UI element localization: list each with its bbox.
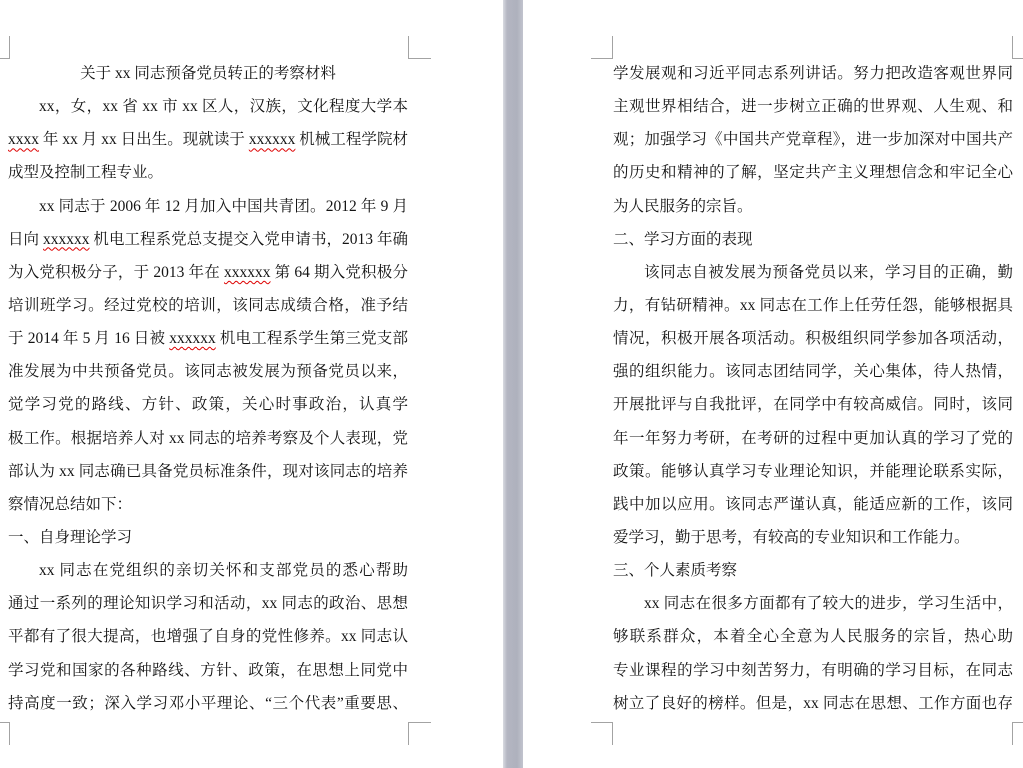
text-line: 于 2014 年 5 月 16 日被 xxxxxx 机电工程系学生第三党支部批 <box>8 322 408 355</box>
spellcheck-underline: xxxxxx <box>43 231 90 248</box>
crop-mark-page1-top-left <box>0 36 10 59</box>
text-line: 践中加以应用。该同志严谨认真，能适应新的工作，该同志热 <box>613 488 1013 521</box>
text-line: xx 同志在很多方面都有了较大的进步，学习生活中，能 <box>613 587 1013 620</box>
text-line: 三、个人素质考察 <box>613 554 1013 587</box>
text-line: 政策。能够认真学习专业理论知识，并能理论联系实际，在实 <box>613 455 1013 488</box>
text-line: 爱学习，勤于思考，有较高的专业知识和工作能力。 <box>613 521 1013 554</box>
spellcheck-underline: xxxxxx <box>224 264 271 281</box>
text-line: 培训班学习。经过党校的培训，该同志成绩合格，准予结业。 <box>8 289 408 322</box>
text-line: 够联系群众，本着全心全意为人民服务的宗旨，热心助人，在 <box>613 620 1013 653</box>
text-line: 年一年努力考研，在考研的过程中更加认真的学习了党的方针 <box>613 422 1013 455</box>
text-line: 学习党和国家的各种路线、方针、政策，在思想上同党中央保 <box>8 654 408 687</box>
text-line: 的历史和精神的了解，坚定共产主义理想信念和牢记全心全意 <box>613 156 1013 189</box>
text-line: 平都有了很大提高，也增强了自身的党性修养。xx 同志认真 <box>8 620 408 653</box>
crop-mark-page1-bottom-right <box>408 722 431 745</box>
text-line: 为入党积极分子，于 2013 年在 xxxxxx 第 64 期入党积极分子 <box>8 256 408 289</box>
spellcheck-underline: xxxx <box>8 131 39 148</box>
text-line: 持高度一致；深入学习邓小平理论、“三个代表”重要思、科 <box>8 687 408 720</box>
text-line: xxxx 年 xx 月 xx 日出生。现就读于 xxxxxx 机械工程学院材料 <box>8 123 408 156</box>
text-line: xx，女，xx 省 xx 市 xx 区人，汉族，文化程度大学本科， <box>8 90 408 123</box>
crop-mark-page2-bottom-right <box>1012 722 1023 745</box>
text-line: 日向 xxxxxx 机电工程系党总支提交入党申请书，2013 年确定 <box>8 223 408 256</box>
text-line: 准发展为中共预备党员。该同志被发展为预备党员以来，能自 <box>8 355 408 388</box>
text-line: 察情况总结如下： <box>8 488 408 521</box>
text-line: 力，有钻研精神。xx 同志在工作上任劳任怨，能够根据具体 <box>613 289 1013 322</box>
document-canvas: 关于 xx 同志预备党员转正的考察材料xx，女，xx 省 xx 市 xx 区人，… <box>0 0 1023 768</box>
crop-mark-page2-top-right <box>1012 36 1023 59</box>
text-line: 为人民服务的宗旨。 <box>613 190 1013 223</box>
text-line: 学发展观和习近平同志系列讲话。努力把改造客观世界同改造 <box>613 57 1013 90</box>
text-line: 开展批评与自我批评，在同学中有较高威信。同时，该同志去 <box>613 388 1013 421</box>
crop-mark-page1-top-right <box>408 36 431 59</box>
text-line: xx 同志于 2006 年 12 月加入中国共青团。2012 年 9 月 17 <box>8 190 408 223</box>
text-line: 主观世界相结合，进一步树立正确的世界观、人生观、和价值 <box>613 90 1013 123</box>
text-line: 一、自身理论学习 <box>8 521 408 554</box>
spellcheck-underline: xxxxxx <box>249 131 296 148</box>
text-line: 观；加强学习《中国共产党章程》，进一步加深对中国共产党 <box>613 123 1013 156</box>
crop-mark-page1-bottom-left <box>0 722 10 745</box>
page-gap <box>503 0 523 768</box>
text-line: 二、学习方面的表现 <box>613 223 1013 256</box>
page-2-text: 学发展观和习近平同志系列讲话。努力把改造客观世界同改造主观世界相结合，进一步树立… <box>613 57 1013 720</box>
text-line: xx 同志在党组织的亲切关怀和支部党员的悉心帮助下， <box>8 554 408 587</box>
text-line: 通过一系列的理论知识学习和活动，xx 同志的政治、思想水 <box>8 587 408 620</box>
spellcheck-underline: xxxxxx <box>169 330 216 347</box>
text-line: 觉学习党的路线、方针、政策，关心时事政治，认真学习、积 <box>8 388 408 421</box>
crop-mark-page2-bottom-left <box>591 722 613 745</box>
text-line: 树立了良好的榜样。但是，xx 同志在思想、工作方面也存在 <box>613 687 1013 720</box>
text-line: 专业课程的学习中刻苦努力，有明确的学习目标，在同志当中 <box>613 654 1013 687</box>
text-line: 强的组织能力。该同志团结同学，关心集体，待人热情，能够 <box>613 355 1013 388</box>
text-line: 情况，积极开展各项活动。积极组织同学参加各项活动，有较 <box>613 322 1013 355</box>
text-line: 部认为 xx 同志确已具备党员标准条件，现对该同志的培养考 <box>8 455 408 488</box>
crop-mark-page2-top-left <box>591 36 613 59</box>
text-line: 该同志自被发展为预备党员以来，学习目的正确，勤奋努 <box>613 256 1013 289</box>
page-1-text: 关于 xx 同志预备党员转正的考察材料xx，女，xx 省 xx 市 xx 区人，… <box>8 57 408 720</box>
text-line: 关于 xx 同志预备党员转正的考察材料 <box>8 57 408 90</box>
text-line: 极工作。根据培养人对 xx 同志的培养考察及个人表现，党支 <box>8 422 408 455</box>
text-line: 成型及控制工程专业。 <box>8 156 408 189</box>
